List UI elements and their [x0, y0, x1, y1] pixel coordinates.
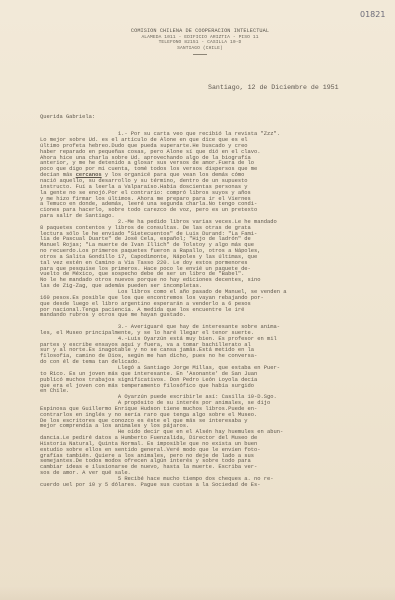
letter-date: Santiago, 12 de Diciembre de 1951 — [208, 84, 339, 91]
letterhead-city: SANTIAGO (CHILE) — [110, 46, 290, 52]
letter-line: cuerdo uel por 10 y 5 dólares. Pague sus… — [40, 482, 386, 488]
archive-stamp: 01821 — [360, 10, 385, 19]
page-edge-shadow — [0, 586, 395, 600]
letter-page: 01821 COMISION CHILENA DE COOPERACION IN… — [0, 0, 395, 600]
salutation: Querida Gabriela: — [40, 114, 386, 120]
letterhead: COMISION CHILENA DE COOPERACION INTELECT… — [110, 29, 290, 55]
letter-lines: 1.- Por su carta veo que recibió la revi… — [40, 131, 386, 487]
letterhead-rule — [193, 54, 207, 55]
letter-body: Querida Gabriela: 1.- Por su carta veo q… — [40, 102, 386, 499]
letterhead-org: COMISION CHILENA DE COOPERACION INTELECT… — [110, 29, 290, 35]
